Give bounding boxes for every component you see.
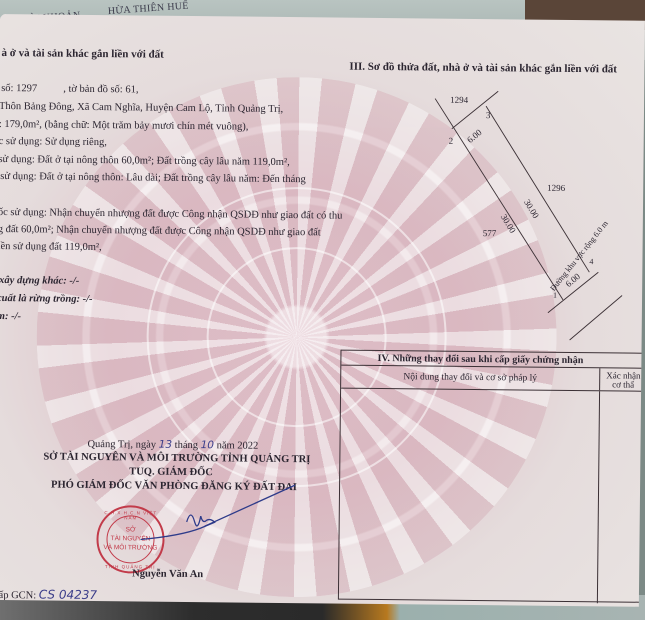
certificate-number-label: cấp GCN: [0,590,36,601]
signer-name: Nguyễn Văn An [132,569,203,580]
handwritten-signature [0,14,645,607]
certificate-number-value: CS 04237 [39,587,97,602]
land-use-certificate-page: à ở và tài sản khác gắn liền với đất số:… [0,14,645,607]
